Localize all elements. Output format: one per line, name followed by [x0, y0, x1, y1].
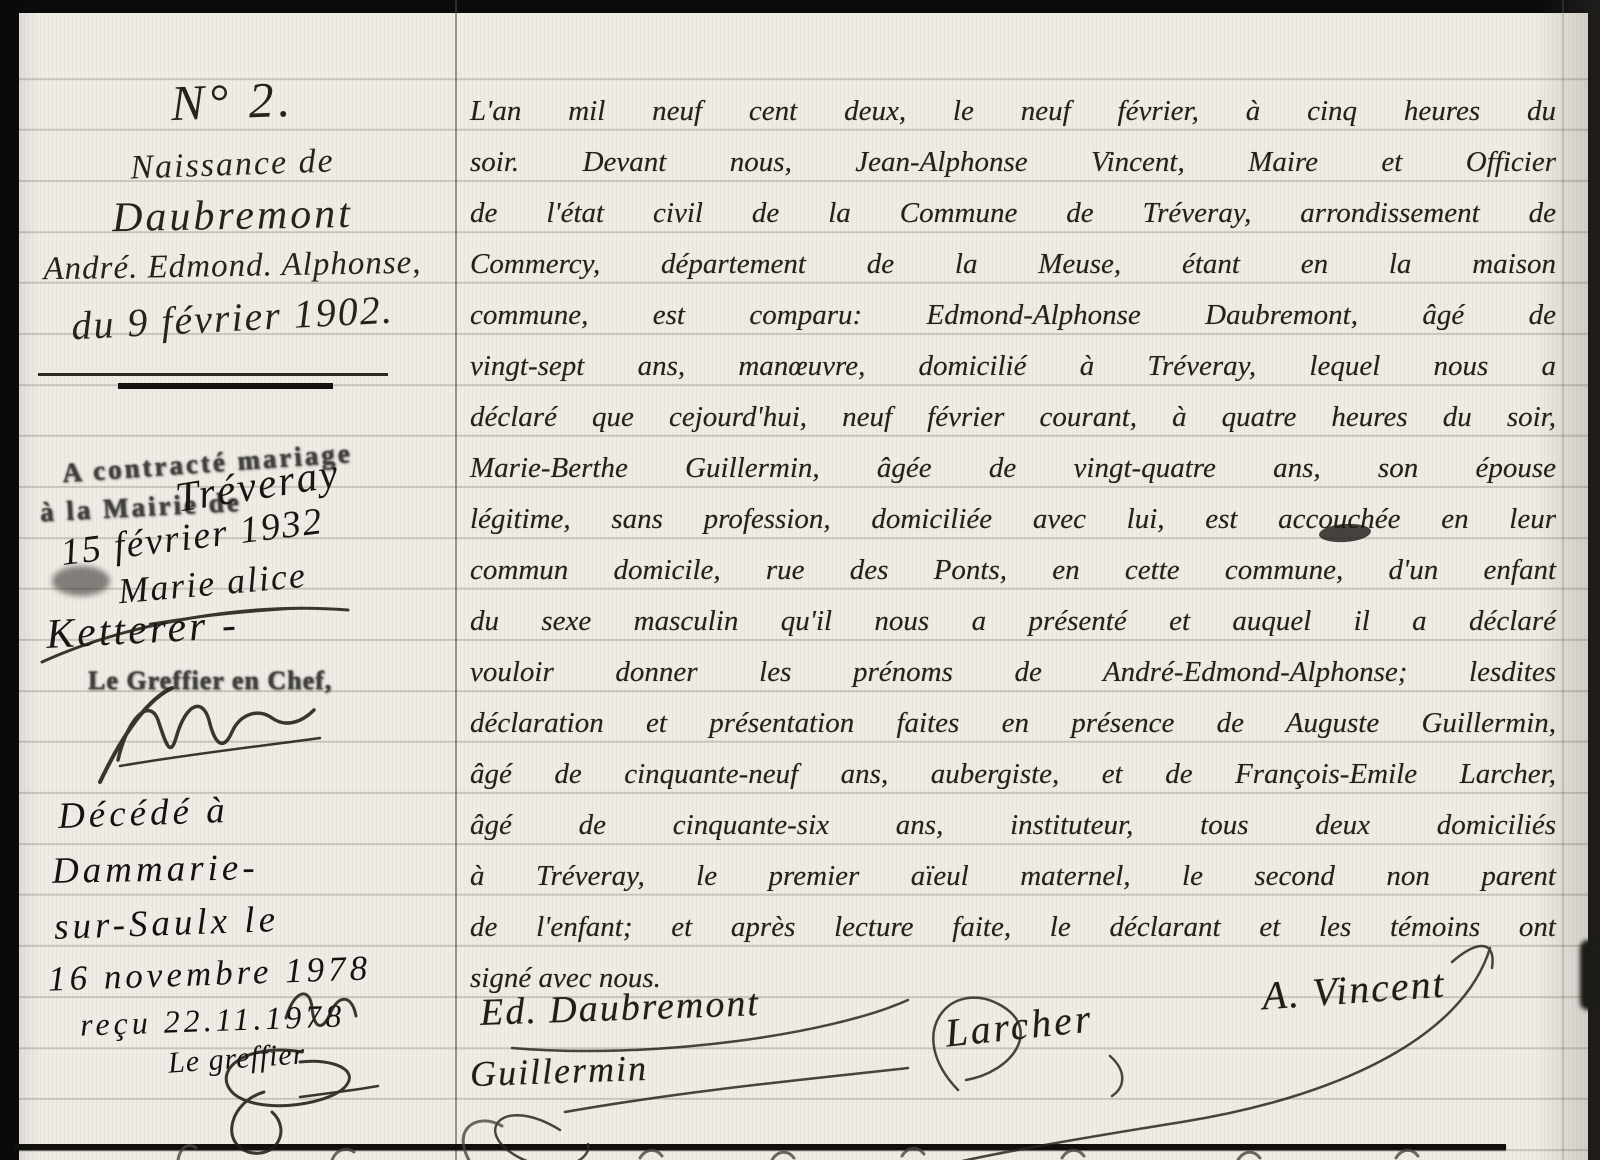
margin-separator-line [38, 373, 388, 376]
body-line: âgé de cinquante-neuf ans, aubergiste, e… [470, 749, 1556, 800]
body-line: déclaration et présentation faites en pr… [470, 698, 1556, 749]
right-margin-rule [1562, 0, 1564, 1160]
death-note-line: 16 novembre 1978 [47, 948, 371, 999]
scan-smudge-right [1580, 940, 1596, 1010]
body-line: légitime, sans profession, domiciliée av… [470, 494, 1556, 545]
body-line: à Tréveray, le premier aïeul maternel, l… [470, 851, 1556, 902]
death-registrar-scribble [300, 1086, 378, 1097]
body-line: L'an mil neuf cent deux, le neuf février… [470, 86, 1556, 137]
act-title-line: Naissance de [19, 139, 445, 192]
death-note-registrar: Le greffier [167, 1037, 306, 1081]
body-line: de l'état civil de la Commune de Trévera… [470, 188, 1556, 239]
body-line: Commercy, département de la Meuse, étant… [470, 239, 1556, 290]
body-line: âgé de cinquante-six ans, instituteur, t… [470, 800, 1556, 851]
death-note-line: sur-Saulx le [53, 898, 279, 949]
body-line: commun domicile, rue des Ponts, en cette… [470, 545, 1556, 596]
marriage-note-spouse-surname: Ketterer - [45, 601, 240, 659]
act-title-given-names: André. Edmond. Alphonse, [20, 244, 446, 288]
death-note-line: Décédé à [57, 789, 229, 838]
body-line: vouloir donner les prénoms de André-Edmo… [470, 647, 1556, 698]
act-number: N° 2. [19, 65, 446, 138]
body-line: Marie-Berthe Guillermin, âgée de vingt-q… [470, 443, 1556, 494]
signature-witness-guillermin: Guillermin [469, 1047, 648, 1095]
scan-border-left [0, 0, 19, 1160]
registrar-signature-scribble [100, 688, 172, 782]
scan-border-top [0, 0, 1600, 13]
register-page-scan: N° 2. Naissance de Daubremont André. Edm… [0, 0, 1600, 1160]
next-act-partial-strokes [178, 1121, 1418, 1160]
registrar-signature-underline [120, 738, 320, 766]
margin-divider-rule [455, 0, 457, 1160]
margin-separator-line-thick [118, 383, 333, 389]
death-note-line: Dammarie- [52, 846, 259, 893]
act-title-date: du 9 février 1902. [19, 283, 446, 352]
act-end-rule [14, 1144, 1506, 1150]
larcher-tail [1110, 1056, 1122, 1096]
death-note-line: reçu 22.11.1978 [79, 997, 345, 1043]
guillermin-lower-loop [495, 1115, 588, 1160]
registrar-title-stamp: Le Greffier en Chef, [88, 666, 332, 696]
act-title-surname: Daubremont [20, 188, 446, 243]
body-line: commune, est comparu: Edmond-Alphonse Da… [470, 290, 1556, 341]
ink-smudge [52, 566, 110, 596]
body-line: déclaré que cejourd'hui, neuf février co… [470, 392, 1556, 443]
body-line: de l'enfant; et après lecture faite, le … [470, 902, 1556, 953]
signature-declarant: Ed. Daubremont [479, 981, 760, 1035]
body-line: soir. Devant nous, Jean-Alphonse Vincent… [470, 137, 1556, 188]
body-line: du sexe masculin qu'il nous a présenté e… [470, 596, 1556, 647]
registrar-signature-scribble [118, 706, 314, 760]
body-line: vingt-sept ans, manœuvre, domicilié à Tr… [470, 341, 1556, 392]
